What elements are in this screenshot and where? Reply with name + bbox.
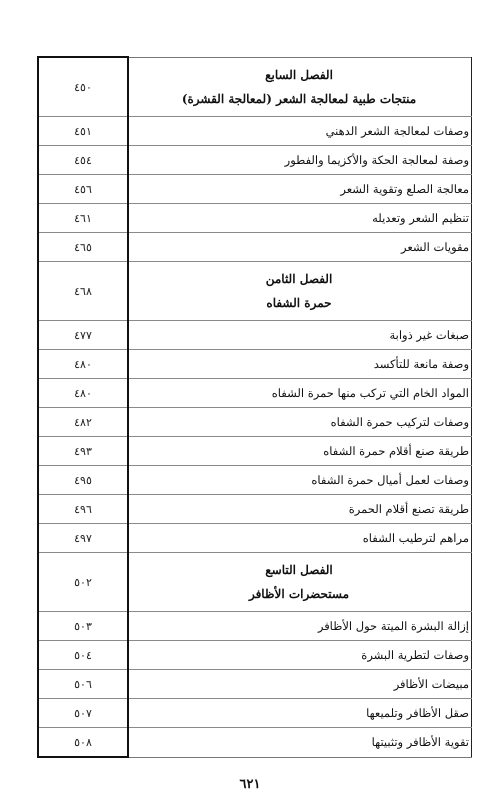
page-number: ٤٨٠ [38,379,128,408]
page-number: ٥٠٧ [38,699,128,728]
section-title: طريقة تصنع أقلام الحمرة [128,495,472,524]
page-number: ٤٩٦ [38,495,128,524]
page-number: ٤٩٣ [38,437,128,466]
page-number: ٤٨٢ [38,408,128,437]
chapter-heading: الفصل التاسع مستحضرات الأظافر [128,553,472,612]
toc-row: ٤٥٦ معالجة الصلع وتقوية الشعر [38,175,472,204]
section-title: إزالة البشرة الميتة حول الأظافر [128,612,472,641]
page-number: ٥٠٢ [38,553,128,612]
toc-row: ٥٠٨ تقوية الأظافر وتثبيتها [38,728,472,758]
toc-row: ٤٥٤ وصفة لمعالجة الحكة والأكزيما والفطور [38,146,472,175]
section-title: مقويات الشعر [128,233,472,262]
toc-row: ٤٩٣ طريقة صنع أقلام حمرة الشفاه [38,437,472,466]
chapter-row: ٥٠٢ الفصل التاسع مستحضرات الأظافر [38,553,472,612]
page-number: ٤٥١ [38,117,128,146]
section-title: معالجة الصلع وتقوية الشعر [128,175,472,204]
page-number: ٥٠٣ [38,612,128,641]
section-title: تقوية الأظافر وتثبيتها [128,728,472,758]
section-title: صبغات غير ذوابة [128,321,472,350]
chapter-label: الفصل الثامن [129,273,469,285]
section-title: وصفات لمعالجة الشعر الدهني [128,117,472,146]
toc-row: ٤٩٦ طريقة تصنع أقلام الحمرة [38,495,472,524]
section-title: وصفة مانعة للتأكسد [128,350,472,379]
section-title: وصفات لتركيب حمرة الشفاه [128,408,472,437]
toc-row: ٤٨٠ وصفة مانعة للتأكسد [38,350,472,379]
page-number: ٤٦١ [38,204,128,233]
section-title: وصفة لمعالجة الحكة والأكزيما والفطور [128,146,472,175]
toc-row: ٥٠٧ صقل الأظافر وتلميعها [38,699,472,728]
chapter-row: ٤٦٨ الفصل الثامن حمرة الشفاه [38,262,472,321]
toc-row: ٥٠٦ مبيضات الأظافر [38,670,472,699]
toc-row: ٤٨٢ وصفات لتركيب حمرة الشفاه [38,408,472,437]
section-title: وصفات لتطرية البشرة [128,641,472,670]
toc-row: ٤٥١ وصفات لمعالجة الشعر الدهني [38,117,472,146]
page-number: ٤٩٧ [38,524,128,553]
page-number: ٥٠٨ [38,728,128,758]
toc-row: ٥٠٣ إزالة البشرة الميتة حول الأظافر [38,612,472,641]
page-number: ٤٥٦ [38,175,128,204]
toc-row: ٥٠٤ وصفات لتطرية البشرة [38,641,472,670]
toc-row: ٤٩٧ مراهم لترطيب الشفاه [38,524,472,553]
chapter-subtitle: مستحضرات الأظافر [129,588,469,600]
chapter-subtitle: حمرة الشفاه [129,297,469,309]
page-number: ٤٩٥ [38,466,128,495]
toc-row: ٤٦٥ مقويات الشعر [38,233,472,262]
footer-page-number: ٦٢١ [0,777,500,792]
section-title: تنظيم الشعر وتعديله [128,204,472,233]
section-title: وصفات لعمل أميال حمرة الشفاه [128,466,472,495]
section-title: مبيضات الأظافر [128,670,472,699]
page-number: ٥٠٦ [38,670,128,699]
chapter-subtitle: منتجات طبية لمعالجة الشعر (لمعالجة القشر… [129,93,469,105]
toc-row: ٤٧٧ صبغات غير ذوابة [38,321,472,350]
section-title: المواد الخام التي تركب منها حمرة الشفاه [128,379,472,408]
toc-row: ٤٩٥ وصفات لعمل أميال حمرة الشفاه [38,466,472,495]
page-number: ٤٧٧ [38,321,128,350]
section-title: مراهم لترطيب الشفاه [128,524,472,553]
chapter-heading: الفصل الثامن حمرة الشفاه [128,262,472,321]
toc-row: ٤٨٠ المواد الخام التي تركب منها حمرة الش… [38,379,472,408]
page-number: ٥٠٤ [38,641,128,670]
page-number: ٤٥٠ [38,57,128,117]
chapter-label: الفصل التاسع [129,564,469,576]
section-title: صقل الأظافر وتلميعها [128,699,472,728]
page-number: ٤٦٨ [38,262,128,321]
page-number: ٤٨٠ [38,350,128,379]
table-of-contents: ٤٥٠ الفصل السابع منتجات طبية لمعالجة الش… [37,56,472,758]
section-title: طريقة صنع أقلام حمرة الشفاه [128,437,472,466]
toc-row: ٤٦١ تنظيم الشعر وتعديله [38,204,472,233]
chapter-heading: الفصل السابع منتجات طبية لمعالجة الشعر (… [128,57,472,117]
page-number: ٤٦٥ [38,233,128,262]
page-number: ٤٥٤ [38,146,128,175]
chapter-row: ٤٥٠ الفصل السابع منتجات طبية لمعالجة الش… [38,57,472,117]
chapter-label: الفصل السابع [129,69,469,81]
